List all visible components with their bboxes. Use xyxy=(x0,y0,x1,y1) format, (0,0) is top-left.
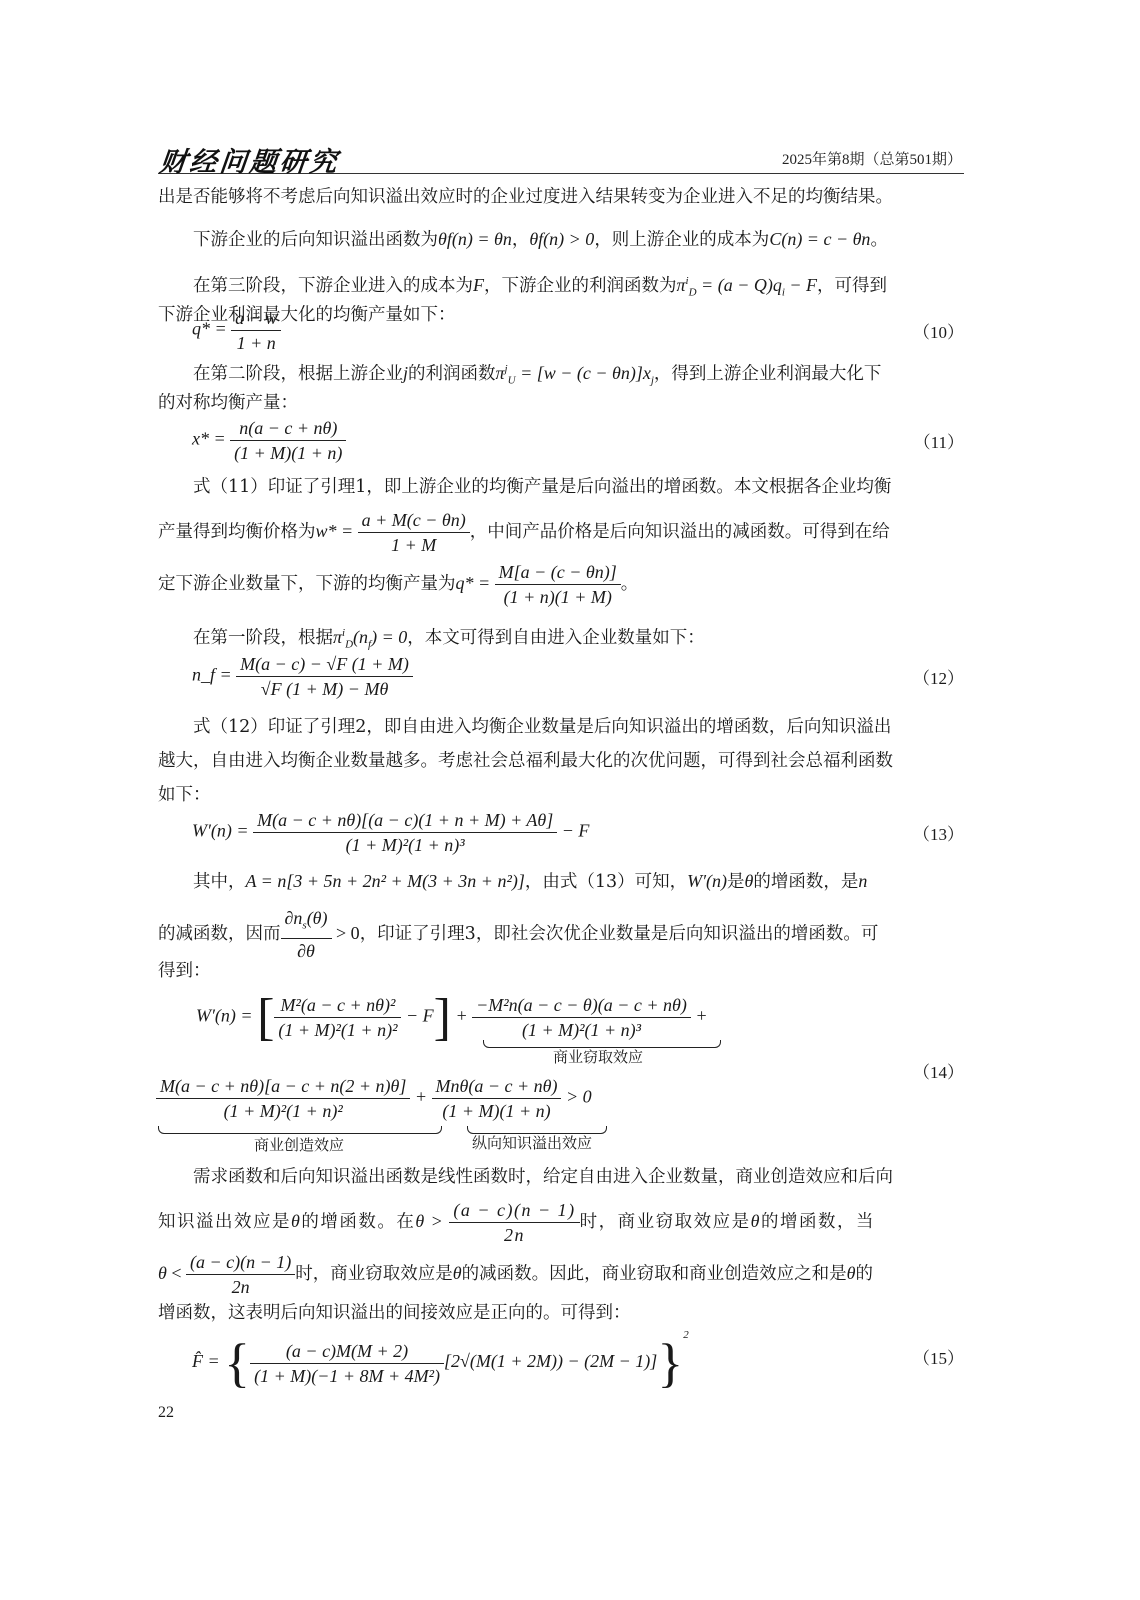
paragraph-lemma3-line3: 得到： xyxy=(158,954,964,988)
paragraph-spillover-function: 下游企业的后向知识溢出函数为θf(n) = θn，θf(n) > 0，则上游企业… xyxy=(158,222,964,257)
equation-14-line2: M(a − c + nθ)[a − c + n(2 + n)θ](1 + M)²… xyxy=(156,1074,592,1123)
business-creation-term: M(a − c + nθ)[a − c + n(2 + n)θ](1 + M)²… xyxy=(156,1074,410,1123)
label-business-creation: 商业创造效应 xyxy=(254,1134,344,1155)
paragraph-lemma2: 式（12）印证了引理2，即自由进入均衡企业数量是后向知识溢出的增函数，后向知识溢… xyxy=(158,710,964,744)
math-inline: θf(n) > 0 xyxy=(529,229,594,249)
math-fraction: (a − c)(n − 1)2n xyxy=(186,1250,295,1299)
math-inline: C(n) = c − θn xyxy=(769,229,870,249)
paragraph-linear-case: 需求函数和后向知识溢出函数是线性函数时，给定自由进入企业数量，商业创造效应和后向 xyxy=(158,1160,964,1194)
paragraph-stage-two-line2: 的对称均衡产量： xyxy=(158,386,964,420)
paragraph-lemma2-line3: 如下： xyxy=(158,778,964,812)
equation-number-14: （14） xyxy=(913,1058,964,1083)
underbrace xyxy=(158,1126,442,1134)
equation-number-10: （10） xyxy=(913,318,964,343)
equation-10: q* = a − w1 + n xyxy=(192,306,281,355)
equation-15: F̂ = {(a − c)M(M + 2)(1 + M)(−1 + 8M + 4… xyxy=(192,1332,689,1394)
label-vertical-spillover: 纵向知识溢出效应 xyxy=(472,1132,592,1153)
journal-title-logo: 财经问题研究 xyxy=(158,140,342,179)
equation-11: x* = n(a − c + nθ)(1 + M)(1 + n) xyxy=(192,416,346,465)
paragraph-lemma3: 其中，A = n[3 + 5n + 2n² + M(3 + 3n + n²)]，… xyxy=(158,864,964,899)
equation-number-11: （11） xyxy=(914,428,964,453)
running-header: 财经问题研究 2025年第8期（总第501期） xyxy=(158,134,964,174)
paragraph-lemma1-line2: 产量得到均衡价格为w* = a + M(c − θn)1 + M，中间产品价格是… xyxy=(158,508,964,557)
business-stealing-term: −M²n(a − c − θ)(a − c + nθ)(1 + M)²(1 + … xyxy=(472,993,691,1042)
vertical-spillover-term: Mnθ(a − c + nθ)(1 + M)(1 + n) xyxy=(432,1074,562,1123)
equation-number-13: （13） xyxy=(913,820,964,845)
paragraph-linear-case-line2: 知识溢出效应是θ的增函数。在θ > (a − c)(n − 1)2n时，商业窃取… xyxy=(158,1198,964,1247)
math-fraction: (a − c)(n − 1)2n xyxy=(449,1198,579,1247)
page-number: 22 xyxy=(158,1404,174,1422)
equation-12: n_f = M(a − c) − √F (1 + M)√F (1 + M) − … xyxy=(192,652,413,701)
math-inline: θf(n) = θn xyxy=(438,229,512,249)
equation-number-15: （15） xyxy=(913,1344,964,1369)
equation-number-12: （12） xyxy=(913,664,964,689)
paragraph-lemma1: 式（11）印证了引理1，即上游企业的均衡产量是后向溢出的增函数。本文根据各企业均… xyxy=(158,470,964,504)
math-inline: πiD(nf) = 0 xyxy=(333,627,407,647)
paper-page: 财经问题研究 2025年第8期（总第501期） 出是否能够将不考虑后向知识溢出效… xyxy=(0,0,1140,1600)
math-inline: πjU = [w − (c − θn)]xj xyxy=(496,363,654,383)
math-fraction: a + M(c − θn)1 + M xyxy=(358,508,470,557)
math-inline: πiD = (a − Q)qi − F xyxy=(677,275,818,295)
paragraph-linear-case-line4: 增函数，这表明后向知识溢出的间接效应是正向的。可得到： xyxy=(158,1296,964,1330)
label-business-stealing: 商业窃取效应 xyxy=(553,1046,643,1067)
math-fraction: M[a − (c − θn)](1 + n)(1 + M) xyxy=(495,560,621,609)
issue-info: 2025年第8期（总第501期） xyxy=(782,148,962,169)
paragraph-continuation: 出是否能够将不考虑后向知识溢出效应时的企业过度进入结果转变为企业进入不足的均衡结… xyxy=(158,180,964,214)
paragraph-lemma1-line3: 定下游企业数量下，下游的均衡产量为q* = M[a − (c − θn)](1 … xyxy=(158,560,964,609)
equation-14-line1: W′(n) = [M²(a − c + nθ)²(1 + M)²(1 + n)²… xyxy=(196,988,708,1047)
paragraph-linear-case-line3: θ < (a − c)(n − 1)2n时，商业窃取效应是θ的减函数。因此，商业… xyxy=(158,1250,964,1299)
equation-13: W′(n) = M(a − c + nθ)[(a − c)(1 + n + M)… xyxy=(192,808,589,857)
paragraph-lemma2-line2: 越大，自由进入均衡企业数量越多。考虑社会总福利最大化的次优问题，可得到社会总福利… xyxy=(158,744,964,778)
